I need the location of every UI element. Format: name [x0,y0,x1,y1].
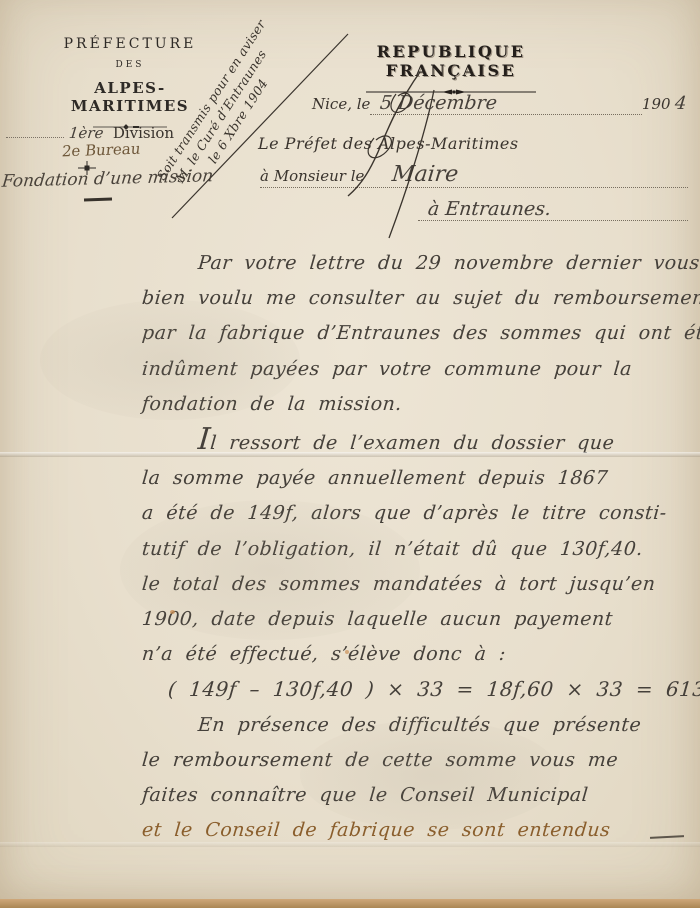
division-number-handwritten: 1ère [68,124,104,142]
fold-crease [0,452,700,457]
dateline-printed-prefix: Nice, le [312,95,370,113]
body-line: Par votre lettre du 29 novembre dernier … [140,246,695,281]
dateline-dotted-rule: 5 Décembre [370,92,641,115]
recipient-line: à Monsieur le Maire [260,162,688,188]
sender-line: Le Préfet des Alpes-Maritimes [258,134,519,153]
dateline: Nice, le 5 Décembre 190 4 [312,92,686,115]
body-line: la somme payée annuellement depuis 1867 [140,461,695,496]
bleed-through [120,500,420,640]
dotted-leader [6,124,64,138]
year-digit-handwritten: 4 [673,93,687,114]
recipient-place-handwritten: à Entraunes. [417,198,552,220]
body-line: n’a été effectué, s’élève donc à : [140,637,695,672]
body-formula-line: ( 149f – 130f,40 ) × 33 = 18f,60 × 33 = … [140,672,695,707]
fold-crease [0,842,700,847]
prefecture-des: DES [38,60,222,70]
letterhead-right: REPUBLIQUE FRANÇAISE [310,42,592,97]
republique-title: REPUBLIQUE FRANÇAISE [310,42,592,80]
rust-stain [345,650,349,654]
scan-edge [0,899,700,908]
date-handwritten: 5 Décembre [379,92,498,114]
recipient-handwritten: Maire [391,162,460,187]
recipient-place-line: à Entraunes. [418,198,688,221]
prefecture-title: PRÉFECTURE [38,36,222,52]
scanned-letter-page: PRÉFECTURE DES ALPES-MARITIMES 1ère Divi… [0,0,700,908]
bureau-handwritten: 2e Bureau [61,140,141,161]
bleed-through [300,720,560,830]
recipient-printed-prefix: à Monsieur le [260,167,364,185]
bleed-through [40,300,300,420]
year-printed-prefix: 190 [642,95,671,113]
subject-underline [84,198,112,202]
